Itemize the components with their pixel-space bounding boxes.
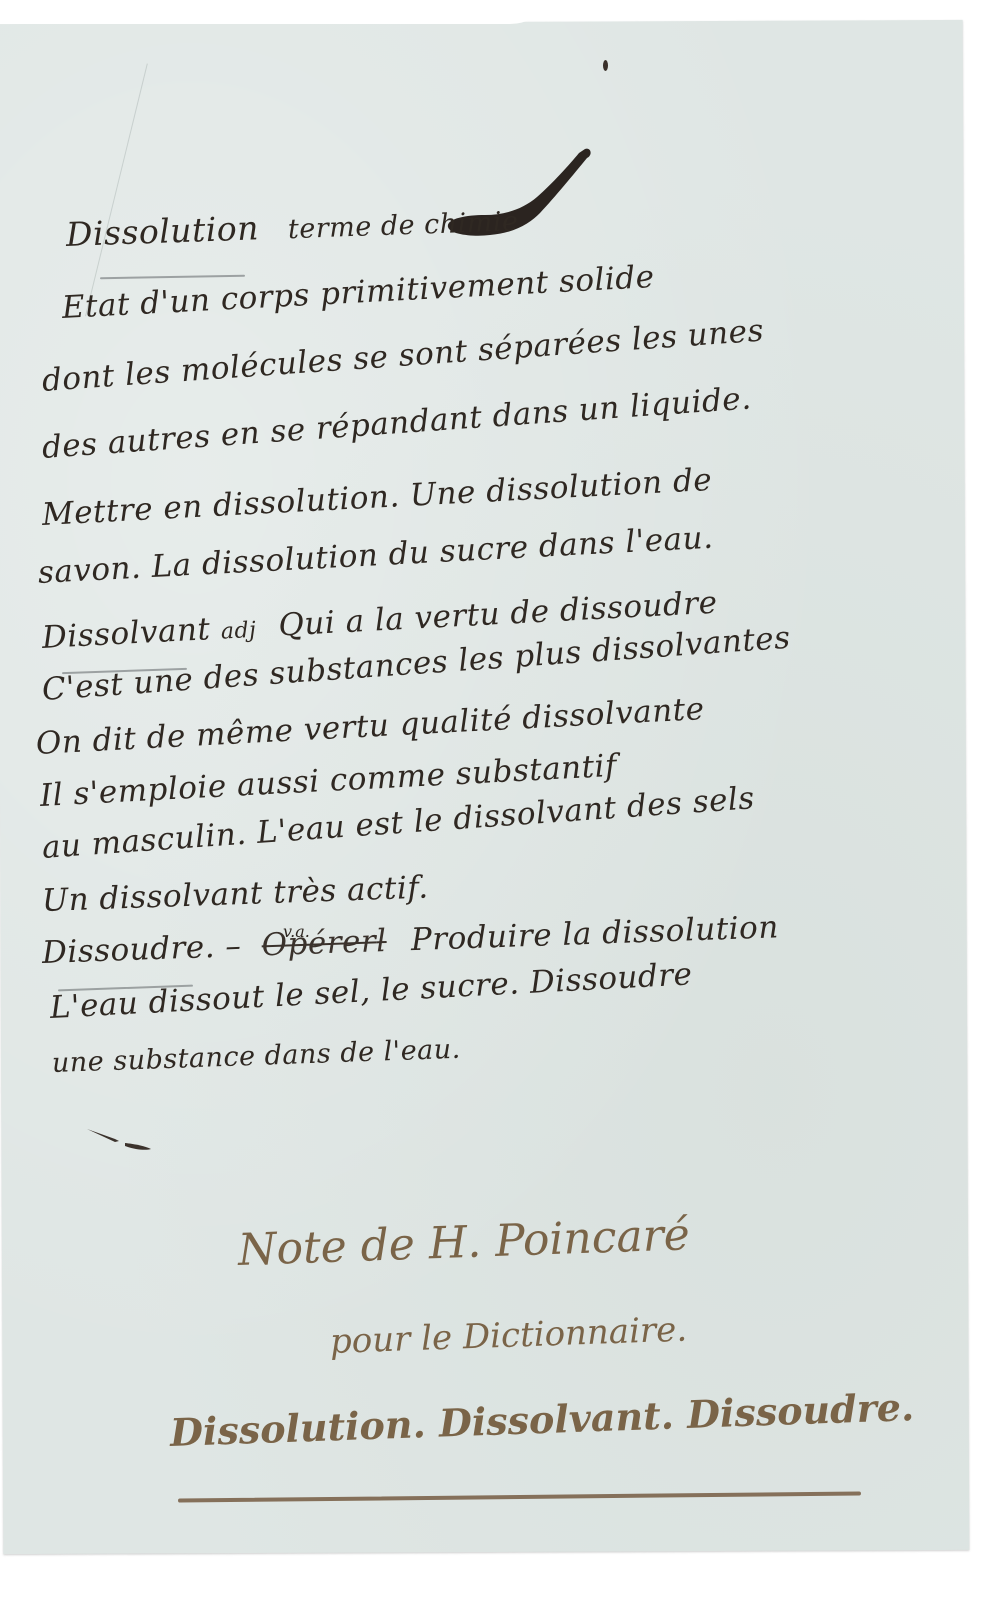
ink-dot xyxy=(603,60,608,71)
dissoudre-struck-word: Opérer xyxy=(261,923,377,963)
dissolvant-abbr: adj xyxy=(220,618,257,645)
torn-paper-edge xyxy=(0,0,540,24)
heading-word: Dissolution xyxy=(65,208,259,254)
dissoudre-dash: – xyxy=(225,928,242,965)
heading-rest: terme de chimie xyxy=(287,206,519,245)
dissoudre-struck-tail: l xyxy=(376,923,388,959)
dissoudre-word: Dissoudre. xyxy=(41,929,215,971)
pen-stroke-mark xyxy=(85,1125,155,1153)
